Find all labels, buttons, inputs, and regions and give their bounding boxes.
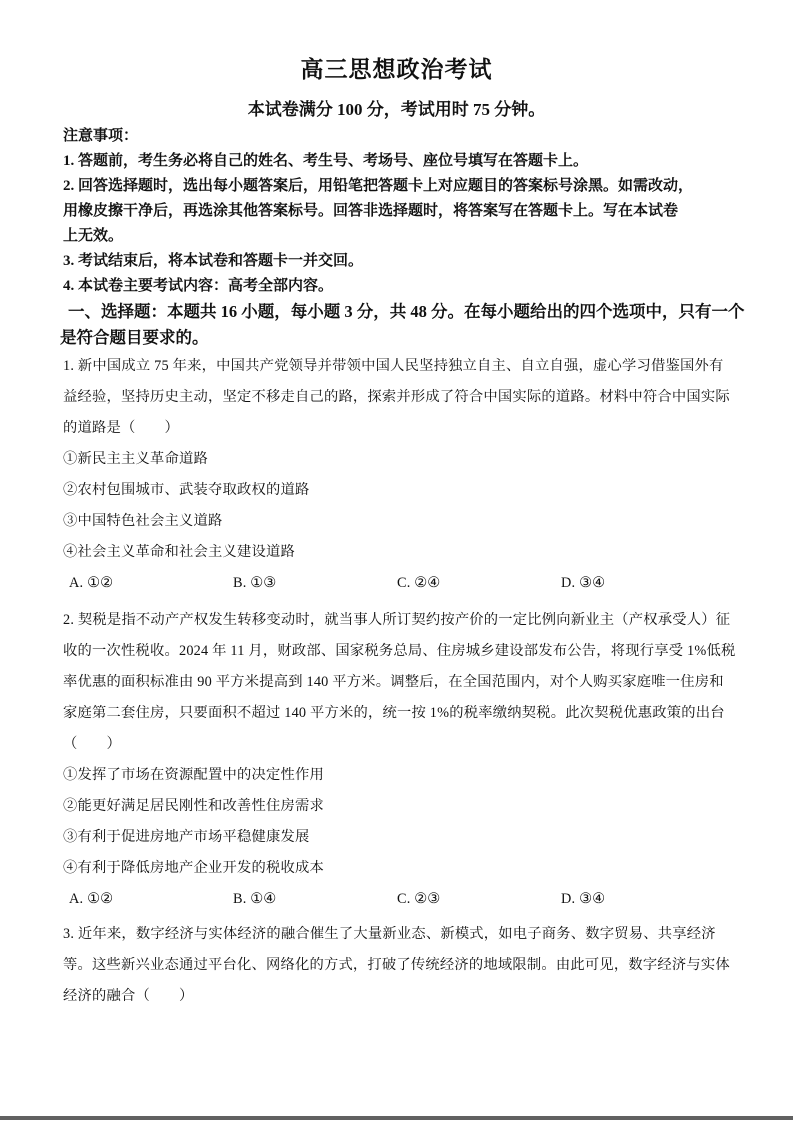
question-2-stem-line: 率优惠的面积标准由 90 平方米提高到 140 平方米。调整后，在全国范围内，对… [63,667,743,698]
notice-line: 3. 考试结束后，将本试卷和答题卡一并交回。 [63,249,738,274]
question-2-stem-line: （ ） [63,729,743,760]
question-1-choice-2: ②农村包围城市、武装夺取政权的道路 [63,475,743,506]
question-2-answer-row: A. ①② B. ①④ C. ②③ D. ③④ [63,884,743,915]
question-2-answer-b: B. ①④ [233,884,397,915]
question-2-stem-line: 收的一次性税收。2024 年 11 月，财政部、国家税务总局、住房城乡建设部发布… [63,636,743,667]
notice-line: 上无效。 [63,224,738,249]
question-2-choice-2: ②能更好满足居民刚性和改善性住房需求 [63,791,743,822]
section-header-line: 一、选择题：本题共 16 小题，每小题 3 分，共 48 分。在每小题给出的四个… [60,299,743,325]
page-title: 高三思想政治考试 [0,0,793,86]
question-3-stem-line: 经济的融合（ ） [63,981,743,1012]
notice-section: 注意事项： 1. 答题前，考生务必将自己的姓名、考生号、考场号、座位号填写在答题… [63,124,738,299]
question-2-answer-a: A. ①② [69,884,233,915]
notice-line: 1. 答题前，考生务必将自己的姓名、考生号、考场号、座位号填写在答题卡上。 [63,149,738,174]
question-1-choice-1: ①新民主主义革命道路 [63,444,743,475]
page-bottom-bar [0,1116,793,1120]
question-3-stem-line: 3. 近年来，数字经济与实体经济的融合催生了大量新业态、新模式，如电子商务、数字… [63,919,743,950]
question-1-choice-4: ④社会主义革命和社会主义建设道路 [63,537,743,568]
question-1-answer-d: D. ③④ [561,568,605,599]
section-header-line: 是符合题目要求的。 [60,325,743,351]
question-2-choice-3: ③有利于促进房地产市场平稳健康发展 [63,822,743,853]
notice-line: 4. 本试卷主要考试内容：高考全部内容。 [63,274,738,299]
question-1-answer-b: B. ①③ [233,568,397,599]
question-2-choice-1: ①发挥了市场在资源配置中的决定性作用 [63,760,743,791]
question-2-choice-4: ④有利于降低房地产企业开发的税收成本 [63,853,743,884]
question-1-answer-a: A. ①② [69,568,233,599]
question-1-stem-line: 的道路是（ ） [63,413,743,444]
question-2-stem-line: 2. 契税是指不动产产权发生转移变动时，就当事人所订契约按产价的一定比例向新业主… [63,605,743,636]
notice-line: 2. 回答选择题时，选出每小题答案后，用铅笔把答题卡上对应题目的答案标号涂黑。如… [63,174,738,199]
question-1-answer-c: C. ②④ [397,568,561,599]
question-2-stem-line: 家庭第二套住房，只要面积不超过 140 平方米的，统一按 1%的税率缴纳契税。此… [63,698,743,729]
question-1-choice-3: ③中国特色社会主义道路 [63,506,743,537]
question-3: 3. 近年来，数字经济与实体经济的融合催生了大量新业态、新模式，如电子商务、数字… [63,919,743,1012]
question-3-stem-line: 等。这些新兴业态通过平台化、网络化的方式，打破了传统经济的地域限制。由此可见，数… [63,950,743,981]
notice-line: 用橡皮擦干净后，再选涂其他答案标号。回答非选择题时，将答案写在答题卡上。写在本试… [63,199,738,224]
question-1-answer-row: A. ①② B. ①③ C. ②④ D. ③④ [63,568,743,599]
notice-heading: 注意事项： [63,124,738,149]
question-1-stem-line: 1. 新中国成立 75 年来，中国共产党领导并带领中国人民坚持独立自主、自立自强… [63,351,743,382]
exam-paper-page: 高三思想政治考试 本试卷满分 100 分，考试用时 75 分钟。 注意事项： 1… [0,0,793,1122]
question-2: 2. 契税是指不动产产权发生转移变动时，就当事人所订契约按产价的一定比例向新业主… [63,605,743,915]
question-1: 1. 新中国成立 75 年来，中国共产党领导并带领中国人民坚持独立自主、自立自强… [63,351,743,599]
question-2-answer-c: C. ②③ [397,884,561,915]
question-2-answer-d: D. ③④ [561,884,605,915]
exam-info-line: 本试卷满分 100 分，考试用时 75 分钟。 [0,98,793,122]
question-1-stem-line: 益经验，坚持历史主动，坚定不移走自己的路，探索并形成了符合中国实际的道路。材料中… [63,382,743,413]
section-1-header: 一、选择题：本题共 16 小题，每小题 3 分，共 48 分。在每小题给出的四个… [60,299,743,351]
